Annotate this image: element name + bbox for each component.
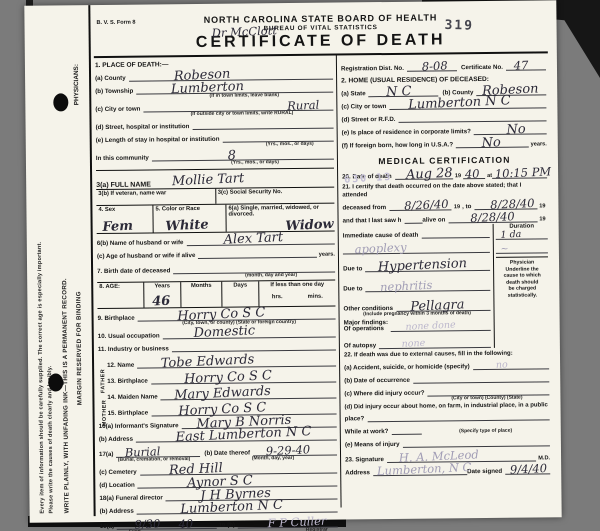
death-at-word: at — [485, 173, 492, 179]
county-label: (a) County — [95, 75, 129, 82]
age-days-cell: Days — [221, 281, 258, 306]
registrar-line: F P Culler — [238, 517, 338, 529]
autopsy-value: none — [401, 338, 425, 350]
home-city-value: Lumberton N C — [408, 95, 511, 111]
injury-where-line — [427, 384, 549, 396]
immediate-cause-label: Immediate cause of death — [343, 232, 422, 240]
mother-name-line: Mary Edwards — [161, 385, 337, 401]
funeral-address-line: Lumberton N C — [137, 502, 338, 515]
occurrence-date-label: (b) Date of occurrence — [344, 377, 413, 385]
due-to-2-label: Due to — [343, 285, 365, 292]
physician-note-line: cause to which — [496, 272, 548, 279]
medical-certification-title: MEDICAL CERTIFICATION — [342, 154, 547, 166]
sex-value: Fem — [102, 221, 133, 233]
foreign-born-value: No — [481, 137, 501, 149]
community-label: In this community — [96, 154, 152, 162]
death-19: 19 — [453, 173, 463, 179]
punch-hole-icon — [48, 373, 63, 391]
last-saw-value: 8/28/40 — [470, 211, 515, 224]
funeral-address-label: (b) Address — [100, 508, 137, 515]
margin-note-physicians: PHYSICIANS: — [73, 64, 80, 105]
age-row: 8. AGE: Years 46 Months Days If less tha… — [97, 280, 335, 309]
age-months-cell: Months — [180, 282, 221, 307]
from-19: 19 — [452, 204, 462, 210]
death-time-value: 10:15 PM — [494, 166, 551, 180]
sex-cell: 4. Sex Fem — [96, 205, 152, 233]
burial-date-line: 9-29-40 — [253, 445, 337, 457]
margin-note-4: MARGIN RESERVED FOR BINDING — [75, 291, 83, 405]
corporate-limits-label: (e) Is place of residence in corporate l… — [342, 128, 474, 136]
occupation-line: Domestic — [163, 327, 336, 340]
stay-label: (e) Length of stay in hospital or instit… — [96, 136, 223, 144]
right-column: 630 13 Registration Dist. No. 8-08 Certi… — [337, 53, 553, 507]
while-at-work-label: While at work? — [345, 428, 392, 435]
due-to-2-value: nephritis — [380, 280, 433, 293]
certificate-no-line: 47 — [506, 59, 546, 70]
death-time-line: 10:15 PM — [492, 167, 547, 179]
birthdate-label: 7. Birth date of deceased — [97, 267, 173, 275]
attended-from-label: deceased from — [342, 204, 389, 211]
industry-label: 11. Industry or business — [98, 345, 172, 353]
filed-year-value: 40 — [179, 519, 194, 531]
father-name-value: Tobe Edwards — [161, 354, 255, 369]
foreign-born-line: No — [456, 137, 529, 149]
home-street-label: (d) Street or R.F.D. — [341, 116, 398, 124]
physician-note-line: statistically. — [496, 292, 548, 299]
registration-district-value: 8-08 — [421, 60, 447, 72]
age-lessday-label: If less than one day — [259, 282, 335, 289]
injury-where-label: (c) Where did injury occur? — [344, 390, 427, 398]
major-findings-label: Major findings:Of operations — [344, 320, 391, 332]
foreign-years-word: years. — [529, 141, 547, 147]
filed-date-value: 9/30 — [135, 519, 161, 531]
sex-label: 4. Sex — [98, 207, 115, 213]
corporate-limits-value: No — [506, 124, 526, 136]
informant-address-value: East Lumberton N C — [176, 426, 312, 443]
age-mins-label: mins. — [308, 294, 323, 300]
spouse-label: 6(b) Name of husband or wife — [97, 239, 187, 247]
duration-value-2: ~ — [501, 243, 509, 254]
mother-name-value: Mary Edwards — [174, 386, 271, 401]
marital-label: 6(a) Single, married, widowed, or divorc… — [228, 205, 319, 218]
means-of-injury-line — [403, 435, 550, 448]
birthplace-label: 9. Birthplace — [98, 315, 138, 322]
race-label: 5. Color or Race — [155, 206, 200, 212]
city-value: Rural — [287, 100, 320, 112]
age-years-cell: Years 46 — [143, 282, 180, 307]
father-birthplace-label: 13. Birthplace — [107, 377, 151, 384]
cause-of-death-section: Immediate cause of death apoplexy Due to… — [343, 223, 549, 349]
stay-line — [222, 131, 333, 143]
date-signed-value: 9/4/40 — [509, 463, 546, 476]
autopsy-label: Of autopsy — [344, 342, 379, 349]
immediate-cause-line1 — [421, 227, 489, 239]
certificate-page: Every item of information should be care… — [24, 0, 561, 523]
father-side: FATHER — [98, 354, 107, 385]
father-birthplace-line: Horry Co S C — [151, 369, 337, 385]
mother-side: MOTHER — [98, 386, 107, 417]
accident-label: (a) Accident, suicide, or homicide (spec… — [344, 363, 473, 371]
occupation-label: 10. Usual occupation — [98, 332, 163, 340]
father-section: FATHER 12. Name Tobe Edwards 13. Birthpl… — [98, 352, 336, 385]
birthplace-line: Horry Co S C — [138, 309, 336, 322]
city-line: Rural — [143, 100, 333, 113]
lastsaw-19: 19 — [537, 216, 547, 222]
burial-line: Burial — [116, 446, 200, 458]
township-value: Lumberton — [171, 81, 244, 95]
registration-district-label: Registration Dist. No. — [341, 65, 407, 73]
birthplace-value: Horry Co S C — [177, 307, 265, 322]
other-conditions-line: Pellagra — [396, 300, 491, 312]
spouse-value: Alex Tart — [223, 232, 283, 246]
filed-line: 9/30 40 — [117, 518, 217, 530]
street-label: (d) Street, hospital or institution — [96, 123, 193, 131]
attended-to-line: 8/28/40 — [474, 198, 537, 210]
date-signed-label: Date signed — [467, 468, 505, 475]
signature-address-value: Lumberton, N C — [377, 462, 472, 477]
spouse-line: Alex Tart — [186, 234, 334, 247]
fullname-line: Mollie Tart — [154, 177, 334, 189]
attended-from-line: 8/26/40 — [389, 199, 452, 211]
marital-cell: 6(a) Single, married, widowed, or divorc… — [225, 204, 334, 232]
age-years-label: Years — [154, 283, 170, 289]
mother-side-label: MOTHER — [102, 400, 108, 426]
industry-line — [172, 340, 336, 353]
informant-address-label: (b) Address — [99, 436, 136, 443]
sex-race-marital-row: 4. Sex Fem 5. Color or Race White 6(a) S… — [96, 204, 334, 234]
due-to-1-label: Due to — [343, 265, 365, 272]
street-line — [192, 118, 333, 130]
immediate-cause-line2: apoplexy — [343, 242, 490, 255]
due-to-1-line: Hypertension — [365, 260, 490, 272]
registrar-signature: F P Culler — [268, 516, 327, 530]
mother-birthplace-label: 15. Birthplace — [108, 409, 152, 416]
home-city-line: Lumberton N C — [389, 97, 546, 110]
father-birthplace-value: Horry Co S C — [184, 370, 272, 385]
foreign-born-label: (f) If foreign born, how long in U.S.A.? — [342, 141, 456, 149]
certificate-no-value: 47 — [514, 60, 529, 72]
race-cell: 5. Color or Race White — [152, 205, 225, 233]
punch-hole-icon — [53, 93, 68, 111]
injury-place2-label: place? — [345, 415, 368, 422]
operations-value: none done — [406, 320, 457, 333]
of-operations-label: Of operations — [344, 325, 384, 332]
fullname-row: 3(a) FULL NAME Mollie Tart — [96, 168, 334, 190]
other-conditions-value: Pellagra — [410, 299, 465, 312]
due-to-1-value: Hypertension — [377, 258, 467, 273]
immediate-cause-value: apoplexy — [354, 242, 406, 255]
funeral-address-value: Lumberton N C — [180, 500, 283, 516]
duration-column: Duration 1 da ~ Physician Underline the … — [493, 223, 549, 348]
alive-on-word: alive on — [422, 216, 448, 223]
mother-section: MOTHER 14. Maiden Name Mary Edwards 15. … — [98, 384, 336, 417]
race-value: White — [165, 219, 209, 232]
to-19: 19 — [537, 203, 547, 209]
while-at-work-hint: (Specify type of place) — [421, 428, 549, 434]
means-of-injury-label: (e) Means of injury — [345, 441, 403, 449]
funeral-director-label: 18(a) Funeral director — [99, 494, 165, 502]
operations-line: none done — [391, 320, 491, 332]
date-of-death-line: Aug 28 — [395, 168, 453, 180]
last-saw-label: and that I last saw h — [343, 217, 405, 225]
veteran-label: 3(b) If veteran, name war — [96, 189, 215, 205]
home-city-label: (c) City or town — [341, 103, 389, 111]
father-name-line: Tobe Edwards — [137, 353, 336, 369]
birthdate-line — [173, 262, 335, 275]
registration-district-line: 8-08 — [407, 60, 457, 72]
attended-to-word: , to — [462, 203, 474, 210]
home-state-label: (a) State — [341, 90, 368, 97]
community-line: 8 — [152, 149, 334, 162]
injury-place-line — [367, 409, 549, 422]
occupation-value: Domestic — [193, 325, 255, 339]
while-at-work-line — [391, 424, 421, 435]
city-label: (c) City or town — [95, 106, 143, 114]
corporate-limits-line: No — [474, 123, 547, 135]
duration-line-2: ~ — [496, 239, 548, 254]
date-of-death-value: Aug 28 — [406, 168, 453, 181]
cemetery-location-label: (d) Location — [99, 482, 137, 489]
home-state-line: N C — [369, 85, 439, 97]
marital-value: Widow — [286, 219, 335, 232]
age-years-value: 46 — [152, 296, 171, 308]
certificate-no-label: Certificate No. — [457, 64, 506, 72]
left-column: 1. PLACE OF DEATH:— (a) County Robeson (… — [94, 56, 341, 511]
spouse-age-line — [198, 247, 316, 259]
community-value: 8 — [228, 150, 237, 161]
signature-address-line: Lumberton, N C — [373, 464, 467, 476]
township-label: (b) Township — [95, 88, 136, 95]
informant-address-line: East Lumberton N C — [136, 430, 337, 443]
signature-address-label: Address — [345, 469, 373, 476]
certificate-form: B. V. S. Form 8 319 Dr McClott NORTH CAR… — [88, 0, 556, 516]
duration-line-1: 1 da — [496, 229, 548, 240]
age-hrs-label: hrs. — [272, 294, 283, 300]
occurrence-date-line — [413, 371, 549, 383]
spouse-age-label: (c) Age of husband or wife if alive — [97, 252, 199, 260]
due-to-2-line: nephritis — [365, 280, 490, 292]
accident-line: no — [473, 358, 549, 370]
age-label: 8. AGE: — [97, 283, 143, 308]
form-number: B. V. S. Form 8 — [96, 20, 135, 26]
attended-from-value: 8/26/40 — [404, 199, 449, 212]
burial-date-value: 9-29-40 — [265, 444, 310, 457]
accident-value: no — [495, 359, 507, 371]
burial-value: Burial — [124, 446, 160, 459]
margin-note-1: Every item of information should be care… — [37, 242, 46, 514]
death-year-line: 40 — [463, 168, 485, 179]
informant-label: 16(a) Informant's Signature — [99, 422, 182, 430]
home-state-value: N C — [386, 86, 412, 98]
father-name-label: 12. Name — [107, 362, 137, 369]
fullname-value: Mollie Tart — [171, 173, 244, 187]
last-saw-line: 8/28/40 — [448, 211, 537, 223]
age-lessday-cell: If less than one day hrs. mins. — [258, 281, 335, 307]
last-saw-pronoun-line — [404, 213, 422, 224]
death-year-value: 40 — [465, 169, 480, 181]
date-signed-line: 9/4/40 — [505, 463, 550, 474]
autopsy-line: none — [379, 337, 491, 349]
township-line: Lumberton — [136, 82, 333, 95]
fullname-label: 3(a) FULL NAME — [96, 181, 154, 189]
cemetery-label: (c) Cemetery — [99, 469, 140, 476]
physician-note: Physician Underline the cause to which d… — [496, 256, 548, 299]
signature-label: 23. Signature — [345, 456, 387, 463]
mother-name-label: 14. Maiden Name — [107, 393, 160, 401]
margin-note-3: WRITE PLAINLY, WITH UNFADING INK—THIS IS… — [61, 278, 70, 513]
